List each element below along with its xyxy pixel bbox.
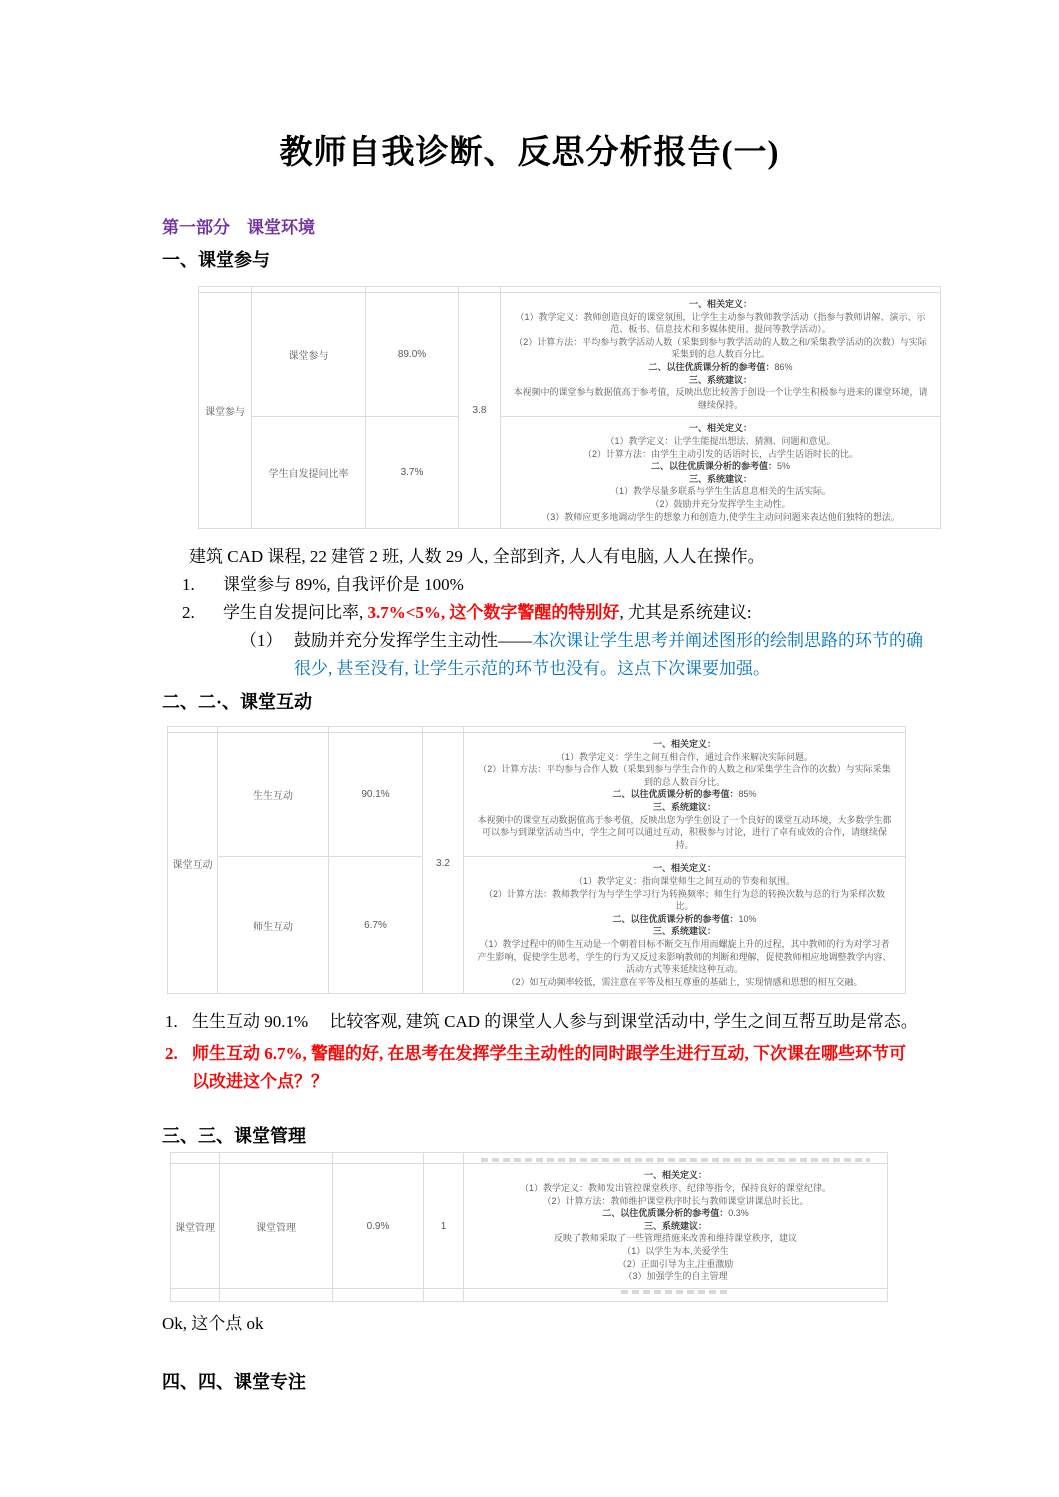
clipped-cell — [333, 1153, 424, 1164]
clipped-cell — [424, 1288, 464, 1301]
score-cell: 3.8 — [459, 293, 501, 529]
clipped-cell — [424, 1153, 464, 1164]
table-classroom-participation: 课堂参与 课堂参与 89.0% 3.8 一、相关定义： （1）教学定义：教师创造… — [198, 286, 941, 529]
table-row: 学生自发提问比率 3.7% 一、相关定义： （1）教学定义：让学生能提出想法、猜… — [199, 417, 941, 529]
metric-cell: 师生互动 — [218, 857, 329, 994]
detail-line: 反映了教师采取了一些管理措施来改善和维持课堂秩序，建议 — [476, 1232, 875, 1245]
part-heading: 第一部分 课堂环境 — [162, 213, 1059, 238]
table-row: 师生互动 6.7% 一、相关定义： （1）教学定义：指向课堂师生之间互动的节奏和… — [168, 857, 906, 994]
item-text: 鼓励并充分发挥学生主动性—— — [294, 631, 532, 650]
detail-line: （1）教学过程中的师生互动是一个朝着目标不断交互作用而螺旋上升的过程，其中教师的… — [476, 938, 893, 976]
value-cell: 6.7% — [329, 857, 423, 994]
detail-line: （2）计算方法：平均参与教学活动人数（采集到参与教学活动的人数之和/采集教学活动… — [513, 336, 928, 361]
detail-sys-title: 三、系统建议： — [476, 1220, 875, 1233]
detail-cell: 一、相关定义： （1）教学定义：指向课堂师生之间互动的节奏和氛围。 （2）计算方… — [464, 857, 906, 994]
metric-cell: 生生互动 — [218, 733, 329, 857]
detail-line: （2）正面引导为主,注重激励 — [476, 1258, 875, 1271]
detail-sys-title: 三、系统建议： — [513, 374, 928, 387]
section-heading-4: 四、四、课堂专注 — [162, 1368, 1059, 1394]
item-text: 学生自发提问比率, — [223, 603, 368, 622]
detail-ref-line: 二、以往优质课分析的参考值：86% — [513, 361, 928, 374]
detail-line: 本视频中的课堂互动数据值高于参考值，反映出您为学生创设了一个良好的课堂互动环境，… — [476, 814, 893, 852]
item-number: 1. — [182, 571, 195, 599]
table-row: 课堂参与 课堂参与 89.0% 3.8 一、相关定义： （1）教学定义：教师创造… — [199, 293, 941, 417]
detail-sys-title: 三、系统建议： — [476, 801, 893, 814]
ref-value: 5% — [777, 461, 790, 471]
clipped-cell — [171, 1288, 220, 1301]
metric-cell: 课堂管理 — [220, 1164, 333, 1288]
ref-label: 二、以往优质课分析的参考值： — [651, 461, 777, 471]
detail-def-title: 一、相关定义： — [476, 1169, 875, 1182]
detail-ref-line: 二、以往优质课分析的参考值：5% — [513, 460, 928, 473]
value-cell: 89.0% — [366, 293, 459, 417]
metric-cell: 课堂参与 — [252, 293, 366, 417]
table-classroom-interaction: 课堂互动 生生互动 90.1% 3.2 一、相关定义： （1）教学定义：学生之间… — [167, 726, 906, 994]
detail-cell: 一、相关定义： （1）教学定义：学生之间互相合作，通过合作来解决实际问题。 （2… — [464, 733, 906, 857]
section-heading-1: 一、课堂参与 — [162, 246, 1059, 272]
table-row-clipped — [171, 1153, 888, 1164]
detail-line: （1）教学定义：教师发出管控课堂秩序、纪律等指令，保持良好的课堂纪律。 — [476, 1182, 875, 1195]
detail-line: （1）教学定义：教师创造良好的课堂氛围，让学生主动参与教师教学活动（指参与教师讲… — [513, 311, 928, 336]
list-item: 2. 师生互动 6.7%, 警醒的好, 在思考在发挥学生主动性的同时跟学生进行互… — [192, 1040, 922, 1096]
detail-def-title: 一、相关定义： — [513, 298, 928, 311]
detail-def-title: 一、相关定义： — [476, 738, 893, 751]
clipped-cell — [464, 1288, 888, 1301]
table-classroom-management: 课堂管理 课堂管理 0.9% 1 一、相关定义： （1）教学定义：教师发出管控课… — [170, 1152, 888, 1301]
doc-title: 教师自我诊断、反思分析报告(一) — [0, 126, 1059, 173]
list-item: 2. 学生自发提问比率, 3.7%<5%, 这个数字警醒的特别好, 尤其是系统建… — [223, 599, 923, 627]
detail-line: （3）教师应更多地调动学生的想象力和创造力,使学生主动问问题来表达他们独特的想法… — [513, 511, 928, 524]
ref-value: 85% — [739, 789, 757, 799]
category-cell: 课堂参与 — [199, 293, 252, 529]
ref-label: 二、以往优质课分析的参考值： — [612, 789, 738, 799]
metric-cell: 学生自发提问比率 — [252, 417, 366, 529]
item-number: （1） — [240, 627, 283, 655]
clipped-cell — [220, 1153, 333, 1164]
item-number: 2. — [182, 599, 195, 627]
detail-ref-line: 二、以往优质课分析的参考值：10% — [476, 913, 893, 926]
red-highlight: 师生互动 6.7%, 警醒的好, 在思考在发挥学生主动性的同时跟学生进行互动, … — [192, 1044, 906, 1091]
value-cell: 0.9% — [333, 1164, 424, 1288]
item-text: 课堂参与 89%, 自我评价是 100% — [223, 575, 464, 594]
section-heading-3: 三、三、课堂管理 — [162, 1122, 1059, 1148]
item-text: 生生互动 90.1% 比较客观, 建筑 CAD 的课堂人人参与到课堂活动中, 学… — [192, 1012, 918, 1031]
red-highlight: 3.7%<5%, 这个数字警醒的特别好 — [368, 603, 620, 622]
intro-paragraph: 建筑 CAD 课程, 22 建管 2 班, 人数 29 人, 全部到齐, 人人有… — [189, 543, 1059, 571]
clipped-cell — [171, 1153, 220, 1164]
value-cell: 90.1% — [329, 733, 423, 857]
table-row: 课堂互动 生生互动 90.1% 3.2 一、相关定义： （1）教学定义：学生之间… — [168, 733, 906, 857]
detail-def-title: 一、相关定义： — [513, 422, 928, 435]
ref-label: 二、以往优质课分析的参考值： — [648, 362, 774, 372]
list-item: 1. 生生互动 90.1% 比较客观, 建筑 CAD 的课堂人人参与到课堂活动中… — [192, 1008, 922, 1036]
detail-cell: 一、相关定义： （1）教学定义：让学生能提出想法、猜测、问题和意见。 （2）计算… — [501, 417, 941, 529]
ref-value: 86% — [775, 362, 793, 372]
detail-def-title: 一、相关定义： — [476, 862, 893, 875]
detail-line: （2）计算方法：教师维护课堂秩序时长与教师课堂讲课总时长比。 — [476, 1195, 875, 1208]
report-page: 教师自我诊断、反思分析报告(一) 第一部分 课堂环境 一、课堂参与 课堂参与 课… — [0, 0, 1059, 1497]
category-cell: 课堂互动 — [168, 733, 218, 994]
section-heading-2: 二、二·、课堂互动 — [162, 688, 1059, 714]
score-cell: 1 — [424, 1164, 464, 1288]
clipped-text-strip — [621, 1290, 731, 1294]
ok-note: Ok, 这个点 ok — [162, 1310, 1059, 1338]
sub-list-item: （1） 鼓励并充分发挥学生主动性——本次课让学生思考并阐述图形的绘制思路的环节的… — [294, 627, 926, 683]
ref-value: 0.3% — [728, 1208, 749, 1218]
table-row-clipped — [171, 1288, 888, 1301]
detail-line: （1）教学尽量多联系与学生生活息息相关的生活实际。 — [513, 485, 928, 498]
detail-line: （1）教学定义：指向课堂师生之间互动的节奏和氛围。 — [476, 875, 893, 888]
score-cell: 3.2 — [423, 733, 464, 994]
detail-sys-title: 三、系统建议： — [476, 925, 893, 938]
detail-line: （1）教学定义：学生之间互相合作，通过合作来解决实际问题。 — [476, 751, 893, 764]
ref-value: 10% — [739, 914, 757, 924]
ref-label: 二、以往优质课分析的参考值： — [602, 1208, 728, 1218]
detail-ref-line: 二、以往优质课分析的参考值：85% — [476, 788, 893, 801]
detail-line: （2）计算方法：教师教学行为与学生学习行为转换频率；师生行为总的转换次数与总的行… — [476, 888, 893, 913]
category-cell: 课堂管理 — [171, 1164, 220, 1288]
list-item: 1. 课堂参与 89%, 自我评价是 100% — [223, 571, 923, 599]
table-row: 课堂管理 课堂管理 0.9% 1 一、相关定义： （1）教学定义：教师发出管控课… — [171, 1164, 888, 1288]
clipped-cell — [464, 1153, 888, 1164]
detail-line: （1）以学生为本,关爱学生 — [476, 1245, 875, 1258]
detail-cell: 一、相关定义： （1）教学定义：教师创造良好的课堂氛围，让学生主动参与教师教学活… — [501, 293, 941, 417]
value-cell: 3.7% — [366, 417, 459, 529]
detail-line: （2）计算方法：由学生主动引发的话语时长，占学生话语时长的比。 — [513, 448, 928, 461]
detail-sys-title: 三、系统建议： — [513, 473, 928, 486]
detail-line: （2）如互动频率较低，需注意在平等及相互尊重的基础上，实现情感和思想的相互交融。 — [476, 976, 893, 989]
item-text: , 尤其是系统建议: — [619, 603, 751, 622]
detail-line: （2）鼓励并充分发挥学生主动性。 — [513, 498, 928, 511]
clipped-cell — [333, 1288, 424, 1301]
clipped-text-strip — [481, 1158, 870, 1162]
ref-label: 二、以往优质课分析的参考值： — [612, 914, 738, 924]
detail-line: （1）教学定义：让学生能提出想法、猜测、问题和意见。 — [513, 435, 928, 448]
detail-cell: 一、相关定义： （1）教学定义：教师发出管控课堂秩序、纪律等指令，保持良好的课堂… — [464, 1164, 888, 1288]
detail-ref-line: 二、以往优质课分析的参考值：0.3% — [476, 1207, 875, 1220]
item-number: 2. — [165, 1040, 178, 1068]
detail-line: （3）加强学生的自主管理 — [476, 1270, 875, 1283]
detail-line: （2）计算方法：平均参与合作人数（采集到参与学生合作的人数之和/采集学生合作的次… — [476, 763, 893, 788]
item-number: 1. — [165, 1008, 178, 1036]
clipped-cell — [220, 1288, 333, 1301]
detail-line: 本视频中的课堂参与数据值高于参考值，反映出您比较善于创设一个让学生积极参与进来的… — [513, 386, 928, 411]
